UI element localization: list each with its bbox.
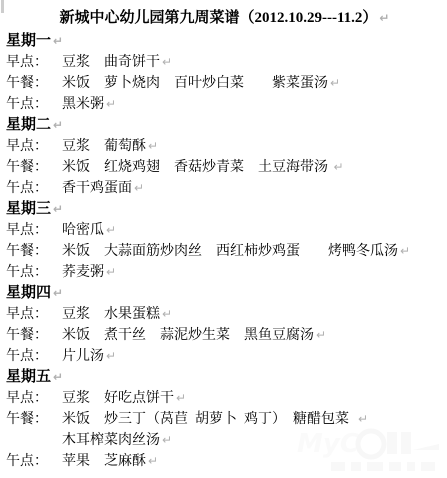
day-name: 星期五 bbox=[6, 369, 51, 385]
meal-items: 荞麦粥↵ bbox=[62, 262, 116, 283]
day-heading-friday: 星期五↵ bbox=[6, 367, 443, 388]
day-heading-thursday: 星期四↵ bbox=[6, 283, 443, 304]
meal-items-text: 豆浆 好吃点饼干 bbox=[62, 391, 174, 406]
meal-items: 豆浆 好吃点饼干↵ bbox=[62, 388, 186, 409]
meal-items-text: 豆浆 水果蛋糕 bbox=[62, 307, 160, 322]
meal-label: 午餐： bbox=[6, 409, 52, 430]
meal-items: 米饭 炒三丁（莴苣 胡萝卜 鸡丁） 糖醋包菜 ↵ bbox=[62, 409, 368, 430]
meal-label: 午餐： bbox=[6, 157, 52, 178]
meal-label: 早点： bbox=[6, 136, 52, 157]
return-mark-icon: ↵ bbox=[146, 454, 158, 468]
return-mark-icon: ↵ bbox=[104, 223, 116, 237]
return-mark-icon: ↵ bbox=[51, 370, 63, 384]
meal-items: 米饭 煮干丝 蒜泥炒生菜 黑鱼豆腐汤↵ bbox=[62, 325, 326, 346]
meal-items: 苹果 芝麻酥↵ bbox=[62, 451, 158, 472]
meal-label: 早点： bbox=[6, 220, 52, 241]
meal-row-continuation: 木耳榨菜肉丝汤↵ bbox=[6, 430, 443, 451]
meal-items-text: 米饭 红烧鸡翅 香菇炒青菜 土豆海带汤 bbox=[62, 160, 332, 175]
meal-label: 午餐： bbox=[6, 325, 52, 346]
meal-items: 片儿汤↵ bbox=[62, 346, 116, 367]
meal-row: 早点：哈密瓜↵ bbox=[6, 220, 443, 241]
meal-row: 早点：豆浆 葡萄酥↵ bbox=[6, 136, 443, 157]
return-mark-icon: ↵ bbox=[160, 433, 172, 447]
meal-items-text: 香干鸡蛋面 bbox=[62, 181, 132, 196]
meal-items-text: 哈密瓜 bbox=[62, 223, 104, 238]
meal-items-text: 黑米粥 bbox=[62, 97, 104, 112]
meal-items-text: 木耳榨菜肉丝汤 bbox=[62, 433, 160, 448]
day-name: 星期四 bbox=[6, 285, 51, 301]
meal-items: 豆浆 葡萄酥↵ bbox=[62, 136, 158, 157]
meal-items: 黑米粥↵ bbox=[62, 94, 116, 115]
return-mark-icon: ↵ bbox=[332, 160, 344, 174]
return-mark-icon: ↵ bbox=[104, 265, 116, 279]
meal-label: 午点： bbox=[6, 346, 52, 367]
meal-row: 午点：片儿汤↵ bbox=[6, 346, 443, 367]
meal-items-text: 米饭 萝卜烧肉 百叶炒白菜 紫菜蛋汤 bbox=[62, 76, 328, 91]
meal-row: 午点：荞麦粥↵ bbox=[6, 262, 443, 283]
meal-items-text: 豆浆 曲奇饼干 bbox=[62, 55, 160, 70]
meal-row: 午餐：米饭 炒三丁（莴苣 胡萝卜 鸡丁） 糖醋包菜 ↵ bbox=[6, 409, 443, 430]
meal-label: 午餐： bbox=[6, 73, 52, 94]
day-heading-monday: 星期一↵ bbox=[6, 31, 443, 52]
meal-items: 米饭 萝卜烧肉 百叶炒白菜 紫菜蛋汤↵ bbox=[62, 73, 340, 94]
meal-label: 午点： bbox=[6, 94, 52, 115]
return-mark-icon: ↵ bbox=[51, 202, 63, 216]
meal-label: 午点： bbox=[6, 451, 52, 472]
meal-row: 午餐：米饭 萝卜烧肉 百叶炒白菜 紫菜蛋汤↵ bbox=[6, 73, 443, 94]
meal-row: 午点：黑米粥↵ bbox=[6, 94, 443, 115]
return-mark-icon: ↵ bbox=[104, 97, 116, 111]
return-mark-icon: ↵ bbox=[146, 139, 158, 153]
meal-label: 午餐： bbox=[6, 241, 52, 262]
page-title: 新城中心幼儿园第九周菜谱（2012.10.29---11.2）↵ bbox=[6, 6, 443, 30]
return-mark-icon: ↵ bbox=[160, 307, 172, 321]
meal-row: 早点：豆浆 水果蛋糕↵ bbox=[6, 304, 443, 325]
page-edge-artifact bbox=[1, 0, 4, 13]
meal-items-text: 荞麦粥 bbox=[62, 265, 104, 280]
page-title-text: 新城中心幼儿园第九周菜谱（2012.10.29---11.2） bbox=[60, 10, 378, 26]
day-name: 星期三 bbox=[6, 201, 51, 217]
meal-items: 香干鸡蛋面↵ bbox=[62, 178, 144, 199]
return-mark-icon: ↵ bbox=[160, 55, 172, 69]
meal-label: 早点： bbox=[6, 388, 52, 409]
meal-items: 米饭 红烧鸡翅 香菇炒青菜 土豆海带汤 ↵ bbox=[62, 157, 344, 178]
meal-items-text: 片儿汤 bbox=[62, 349, 104, 364]
meal-row: 午餐：米饭 煮干丝 蒜泥炒生菜 黑鱼豆腐汤↵ bbox=[6, 325, 443, 346]
return-mark-icon: ↵ bbox=[398, 244, 410, 258]
meal-items: 豆浆 曲奇饼干↵ bbox=[62, 52, 172, 73]
meal-items-text: 苹果 芝麻酥 bbox=[62, 454, 146, 469]
meal-items-text: 米饭 煮干丝 蒜泥炒生菜 黑鱼豆腐汤 bbox=[62, 328, 314, 343]
day-name: 星期二 bbox=[6, 117, 51, 133]
meal-items: 米饭 大蒜面筋炒肉丝 西红柿炒鸡蛋 烤鸭冬瓜汤↵ bbox=[62, 241, 410, 262]
meal-row: 午餐：米饭 红烧鸡翅 香菇炒青菜 土豆海带汤 ↵ bbox=[6, 157, 443, 178]
meal-label: 早点： bbox=[6, 304, 52, 325]
return-mark-icon: ↵ bbox=[174, 391, 186, 405]
return-mark-icon: ↵ bbox=[51, 286, 63, 300]
return-mark-icon: ↵ bbox=[377, 11, 389, 25]
meal-items: 豆浆 水果蛋糕↵ bbox=[62, 304, 172, 325]
meal-row: 早点：豆浆 好吃点饼干↵ bbox=[6, 388, 443, 409]
meal-label: 午点： bbox=[6, 262, 52, 283]
meal-items-text: 米饭 炒三丁（莴苣 胡萝卜 鸡丁） 糖醋包菜 bbox=[62, 412, 356, 427]
return-mark-icon: ↵ bbox=[328, 76, 340, 90]
return-mark-icon: ↵ bbox=[356, 412, 368, 426]
document-page: 新城中心幼儿园第九周菜谱（2012.10.29---11.2）↵ 星期一↵ 早点… bbox=[0, 0, 447, 478]
return-mark-icon: ↵ bbox=[51, 118, 63, 132]
meal-items-text: 米饭 大蒜面筋炒肉丝 西红柿炒鸡蛋 烤鸭冬瓜汤 bbox=[62, 244, 398, 259]
meal-items-text: 豆浆 葡萄酥 bbox=[62, 139, 146, 154]
meal-items: 木耳榨菜肉丝汤↵ bbox=[62, 430, 172, 451]
day-heading-wednesday: 星期三↵ bbox=[6, 199, 443, 220]
return-mark-icon: ↵ bbox=[132, 181, 144, 195]
meal-row: 早点：豆浆 曲奇饼干↵ bbox=[6, 52, 443, 73]
day-name: 星期一 bbox=[6, 33, 51, 49]
meal-items: 哈密瓜↵ bbox=[62, 220, 116, 241]
return-mark-icon: ↵ bbox=[51, 34, 63, 48]
meal-label: 午点： bbox=[6, 178, 52, 199]
meal-row: 午餐：米饭 大蒜面筋炒肉丝 西红柿炒鸡蛋 烤鸭冬瓜汤↵ bbox=[6, 241, 443, 262]
return-mark-icon: ↵ bbox=[314, 328, 326, 342]
return-mark-icon: ↵ bbox=[104, 349, 116, 363]
meal-row: 午点：苹果 芝麻酥↵ bbox=[6, 451, 443, 472]
day-heading-tuesday: 星期二↵ bbox=[6, 115, 443, 136]
meal-row: 午点：香干鸡蛋面↵ bbox=[6, 178, 443, 199]
meal-label: 早点： bbox=[6, 52, 52, 73]
